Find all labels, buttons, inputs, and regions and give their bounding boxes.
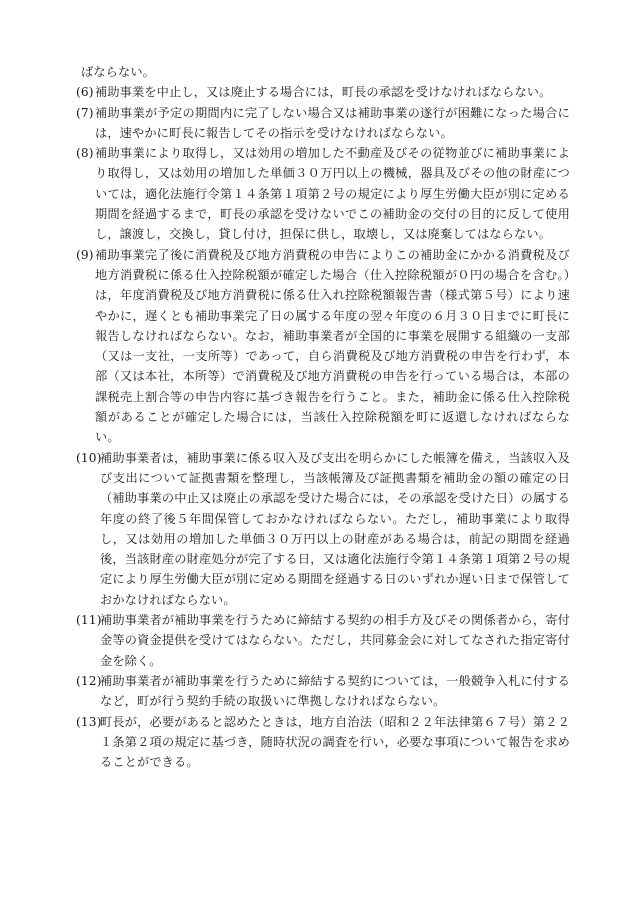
- clause-12: (12) 補助事業者が補助事業を行うために締結する契約については，一般競争入札に…: [76, 671, 570, 712]
- clause-text: 補助事業が予定の期間内に完了しない場合又は補助事業の遂行が困難になった場合には，…: [95, 103, 570, 144]
- clause-text: 補助事業により取得し，又は効用の増加した不動産及びその従物並びに補助事業により取…: [95, 143, 570, 244]
- clause-10: (10) 補助事業者は，補助事業に係る収入及び支出を明らかにした帳簿を備え，当該…: [76, 448, 570, 610]
- clause-number: (11): [76, 610, 102, 630]
- clause-13: (13) 町長が，必要があると認めたときは，地方自治法（昭和２２年法律第６７号）…: [76, 712, 570, 773]
- clause-8: (8) 補助事業により取得し，又は効用の増加した不動産及びその従物並びに補助事業…: [76, 143, 570, 244]
- clause-text: 補助事業完了後に消費税及び地方消費税の申告によりこの補助金にかかる消費税及び地方…: [95, 245, 570, 448]
- clause-9: (9) 補助事業完了後に消費税及び地方消費税の申告によりこの補助金にかかる消費税…: [76, 245, 570, 448]
- clause-6: (6) 補助事業を中止し，又は廃止する場合には，町長の承認を受けなければならない…: [76, 82, 570, 102]
- clause-number: (10): [76, 448, 102, 468]
- clause-number: (12): [76, 671, 102, 691]
- clause-number: (8): [76, 143, 94, 163]
- clause-11: (11) 補助事業者が補助事業を行うために締結する契約の相手方及びその関係者から…: [76, 610, 570, 671]
- clause-text: 補助事業者は，補助事業に係る収入及び支出を明らかにした帳簿を備え，当該収入及び支…: [100, 448, 570, 610]
- clause-number: (6): [76, 82, 94, 102]
- clause-number: (13): [76, 712, 102, 732]
- document-page: ばならない。 (6) 補助事業を中止し，又は廃止する場合には，町長の承認を受けな…: [76, 62, 570, 772]
- clause-7: (7) 補助事業が予定の期間内に完了しない場合又は補助事業の遂行が困難になった場…: [76, 103, 570, 144]
- continuation-text: ばならない。: [76, 62, 570, 82]
- clause-text: 補助事業者が補助事業を行うために締結する契約の相手方及びその関係者から，寄付金等…: [100, 610, 570, 671]
- clause-text: 補助事業を中止し，又は廃止する場合には，町長の承認を受けなければならない。: [95, 82, 570, 102]
- clause-text: 補助事業者が補助事業を行うために締結する契約については，一般競争入札に付するなど…: [100, 671, 570, 712]
- clause-text: 町長が，必要があると認めたときは，地方自治法（昭和２２年法律第６７号）第２２１条…: [100, 712, 570, 773]
- clause-number: (9): [76, 245, 94, 265]
- clause-number: (7): [76, 103, 94, 123]
